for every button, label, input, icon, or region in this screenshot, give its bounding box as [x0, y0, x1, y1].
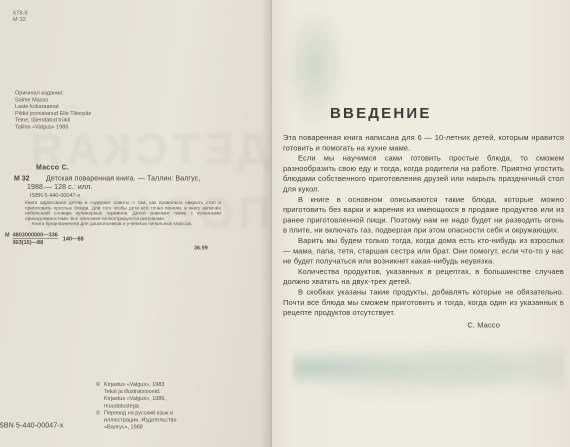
- copyright-line: Kirjastus «Valgus», 1986,: [104, 395, 231, 402]
- catalog-code-block: М 4803000000—336 903(15)—88 140—88: [5, 232, 145, 262]
- chapter-title: ВВЕДЕНИЕ: [330, 105, 432, 122]
- isbn-footer: ISBN 5-440-00047-х: [0, 421, 127, 435]
- bbk-classification: 36.99: [194, 245, 234, 259]
- annotation-paragraph: Книга предназначена для дошкольников и у…: [25, 222, 221, 227]
- original-edition-author: Salme Masso: [15, 97, 165, 104]
- copyright-line: Перевод на русский язык и: [104, 409, 231, 416]
- original-edition-publisher: Tallinn «Valgus» 1986: [15, 124, 165, 131]
- catalog-code-suffix: 140—88: [63, 236, 84, 242]
- intro-paragraph: Варить мы будем только тогда, когда дома…: [283, 236, 564, 267]
- biblio-collation: 1988.— 128 с.: илл.: [27, 183, 266, 191]
- introduction-text: Эта поваренная книга написана для 6 — 10…: [283, 133, 564, 433]
- copyright-line: muudatustega: [104, 402, 231, 409]
- author-signature: С. Массо: [283, 320, 564, 330]
- intro-paragraph: В книге в основном описываются такие блю…: [283, 195, 564, 236]
- call-number-author-sign: М 32: [13, 16, 93, 22]
- biblio-author-sign: М 32: [14, 174, 46, 182]
- copyright-entry: © Kirjastus «Valgus», 1983 Tekst ja illu…: [96, 381, 231, 409]
- biblio-title: Детская поваренная книга. — Таллин: Валг…: [46, 174, 200, 182]
- left-page: 678.9 М 32 ДЕТСКАЯ ПОВАРЕННАЯ Оригинал и…: [0, 0, 272, 447]
- original-edition-block: Оригинал издания: Salme Masso Laste koka…: [15, 90, 165, 140]
- catalog-code-denominator: 903(15)—88: [13, 239, 58, 246]
- intro-paragraph: В скобках указаны такие продукты, добавл…: [283, 287, 564, 318]
- copyright-symbol: ©: [96, 381, 104, 409]
- catalog-code-fraction: 4803000000—336 903(15)—88: [13, 232, 58, 246]
- intro-paragraph: Если мы научимся сами готовить простые б…: [283, 154, 564, 195]
- annotation-paragraph: Книга адресована детям и содержит советы…: [25, 201, 221, 222]
- biblio-author: Массо С.: [36, 163, 266, 171]
- original-edition-title: Laste kokaraamat: [15, 104, 165, 111]
- catalog-code-numerator: 4803000000—336: [13, 232, 58, 239]
- copyright-line: Kirjastus «Valgus», 1983: [104, 381, 231, 388]
- intro-paragraph: Количества продуктов, указанных в рецепт…: [283, 267, 564, 288]
- original-edition-printing: Teine, täiendatud trükk: [15, 117, 165, 124]
- biblio-isbn: ISBN 5-440-00047-х: [30, 193, 266, 199]
- library-call-number: 678.9 М 32: [13, 10, 93, 40]
- copyright-line: Tekst ja illustratsioonid.: [104, 388, 231, 395]
- intro-paragraph: Эта поваренная книга написана для 6 — 10…: [283, 133, 564, 154]
- bibliographic-entry: Массо С. М 32 Детская поваренная книга. …: [14, 163, 266, 233]
- original-edition-illustrator: Pildid joonistanud Elle Tikerpäe: [15, 110, 165, 117]
- catalog-code-prefix: М: [5, 232, 10, 238]
- biblio-annotation: Книга адресована детям и содержит советы…: [25, 201, 221, 227]
- book-spread-photo: 678.9 М 32 ДЕТСКАЯ ПОВАРЕННАЯ Оригинал и…: [0, 0, 570, 447]
- original-edition-heading: Оригинал издания:: [15, 90, 165, 97]
